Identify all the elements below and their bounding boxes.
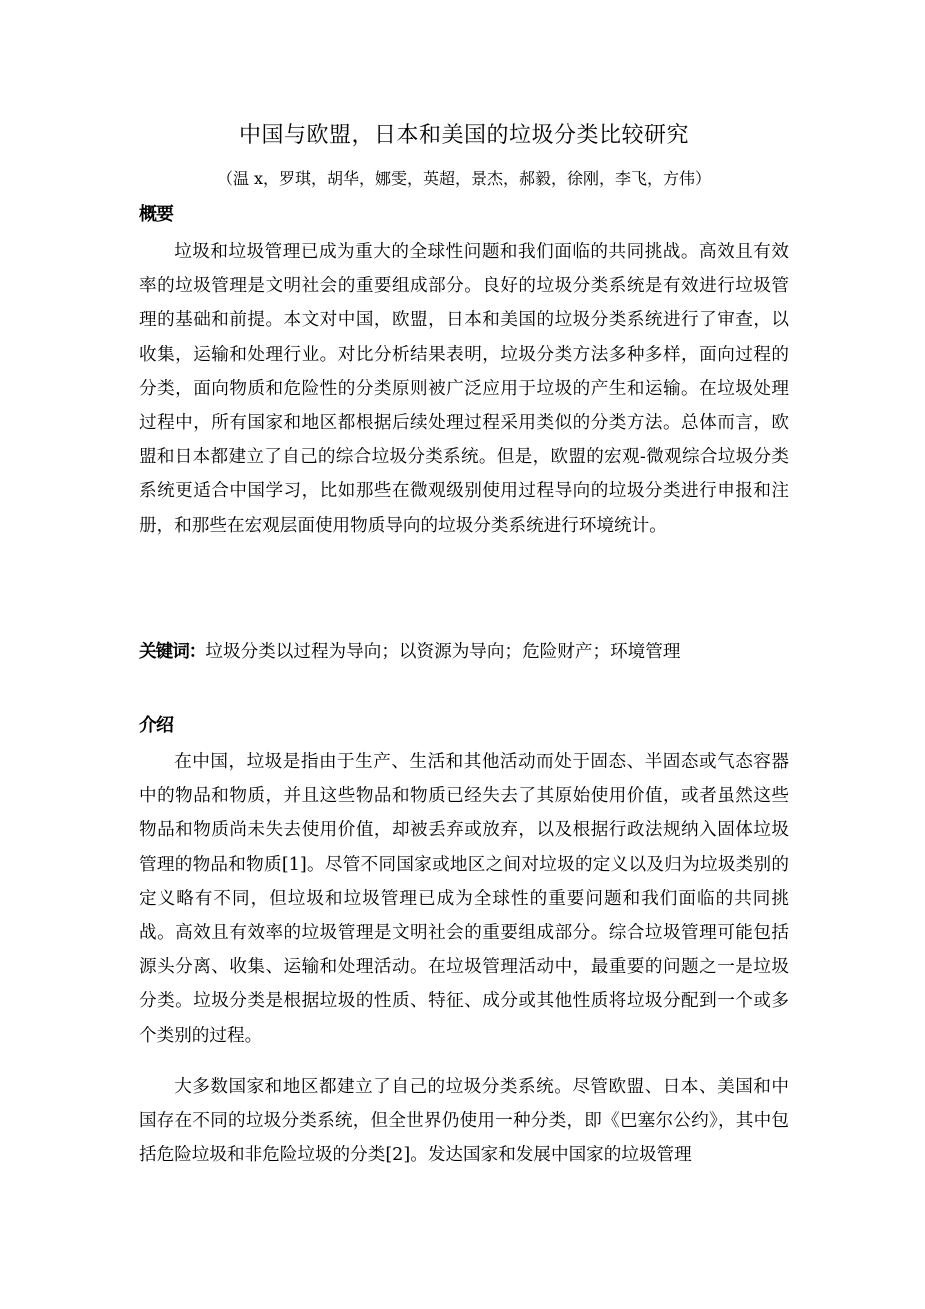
paper-title: 中国与欧盟，日本和美国的垃圾分类比较研究 — [139, 121, 789, 151]
intro-paragraph-1: 在中国，垃圾是指由于生产、生活和其他活动而处于固态、半固态或气态容器中的物品和物… — [139, 745, 789, 1053]
keywords-label: 关键词： — [139, 642, 205, 662]
abstract-heading: 概要 — [139, 202, 173, 228]
abstract-text: 垃圾和垃圾管理已成为重大的全球性问题和我们面临的共同挑战。高效且有效率的垃圾管理… — [139, 235, 789, 543]
keywords-line: 关键词：垃圾分类以过程为导向；以资源为导向；危险财产；环境管理 — [139, 639, 789, 665]
intro-paragraph-2: 大多数国家和地区都建立了自己的垃圾分类系统。尽管欧盟、日本、美国和中国存在不同的… — [139, 1070, 789, 1173]
keywords-text: 垃圾分类以过程为导向；以资源为导向；危险财产；环境管理 — [205, 642, 680, 662]
author-list: （温 x，罗琪，胡华，娜雯，英超，景杰，郝毅，徐刚，李飞，方伟） — [139, 166, 789, 192]
introduction-heading: 介绍 — [139, 713, 173, 739]
